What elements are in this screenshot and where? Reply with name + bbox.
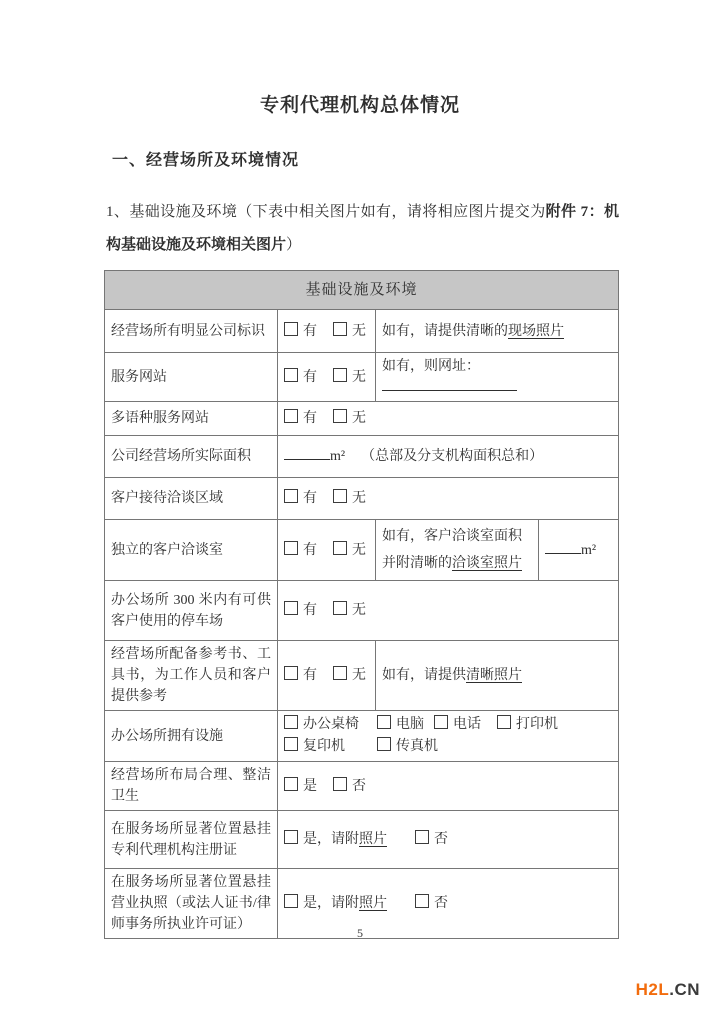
checkbox-label: 电脑 <box>396 717 424 732</box>
options-cell: 是，请附照片否 <box>278 811 619 869</box>
facility-option: 办公桌椅 <box>284 714 377 736</box>
area-blank-field[interactable] <box>284 446 330 460</box>
option-yes: 有 <box>284 370 317 385</box>
checkbox-label: 无 <box>352 603 366 618</box>
options-cell: 有无 <box>278 310 376 353</box>
row-website: 服务网站 有无 如有，则网址： <box>105 353 619 402</box>
photo-ref: 照片 <box>359 896 387 911</box>
checkbox-label: 无 <box>352 491 366 506</box>
options-cell: 有无 <box>278 520 376 581</box>
checkbox-label: 否 <box>352 779 366 794</box>
option-no: 否 <box>415 832 448 847</box>
checkbox-label: 有 <box>303 668 317 683</box>
note-cell: 如有，请提供清晰照片 <box>376 641 619 711</box>
checkbox[interactable] <box>284 368 298 382</box>
checkbox[interactable] <box>284 894 298 908</box>
row-multilingual-website: 多语种服务网站 有无 <box>105 402 619 436</box>
photo-ref: 清晰照片 <box>466 668 522 683</box>
note-cell: 如有，客户洽谈室面积 并附清晰的洽谈室照片 <box>376 520 539 581</box>
facility-option: 打印机 <box>497 714 558 736</box>
photo-ref: 洽谈室照片 <box>452 556 522 571</box>
page-title: 专利代理机构总体情况 <box>0 90 720 117</box>
watermark-secondary: .CN <box>669 980 700 999</box>
options-cell: 有无 <box>278 402 619 436</box>
checkbox[interactable] <box>333 409 347 423</box>
row-label: 经营场所配备参考书、工具书，为工作人员和客户提供参考 <box>105 641 278 711</box>
checkbox-label: 是，请附 <box>303 832 359 847</box>
photo-ref: 照片 <box>359 832 387 847</box>
option-yes: 是 <box>284 779 317 794</box>
table-header-row: 基础设施及环境 <box>105 271 619 310</box>
checkbox-label: 否 <box>434 896 448 911</box>
table-header: 基础设施及环境 <box>105 271 619 310</box>
checkbox-label: 是，请附 <box>303 896 359 911</box>
checkbox[interactable] <box>415 894 429 908</box>
facilities-cell: 办公桌椅电脑电话打印机 复印机传真机 <box>278 711 619 762</box>
option-yes: 有 <box>284 324 317 339</box>
checkbox-label: 有 <box>303 324 317 339</box>
facility-option: 复印机 <box>284 736 377 758</box>
option-no: 无 <box>333 324 366 339</box>
option-yes: 有 <box>284 543 317 558</box>
checkbox[interactable] <box>284 409 298 423</box>
checkbox[interactable] <box>284 666 298 680</box>
option-yes-with-photo: 是，请附照片 <box>284 896 387 911</box>
unit-label: m² <box>330 449 345 464</box>
checkbox-label: 无 <box>352 543 366 558</box>
options-cell: 有无 <box>278 641 376 711</box>
document-page: 专利代理机构总体情况 一、经营场所及环境情况 1、基础设施及环境（下表中相关图片… <box>0 0 720 1018</box>
row-label: 客户接待洽谈区域 <box>105 478 278 520</box>
row-meeting-room: 独立的客户洽谈室 有无 如有，客户洽谈室面积 并附清晰的洽谈室照片 m² <box>105 520 619 581</box>
unit-label: m² <box>581 543 596 558</box>
checkbox-label: 有 <box>303 491 317 506</box>
note-text: （总部及分支机构面积总和） <box>361 449 543 464</box>
url-blank-field[interactable] <box>382 377 517 391</box>
facility-option: 传真机 <box>377 736 438 758</box>
option-yes: 有 <box>284 411 317 426</box>
checkbox-label: 复印机 <box>303 739 345 754</box>
checkbox[interactable] <box>415 830 429 844</box>
checkbox-label: 有 <box>303 543 317 558</box>
note-text: 如有，则网址： <box>382 359 480 374</box>
note-line-2: 并附清晰的洽谈室照片 <box>382 550 532 577</box>
room-area-cell: m² <box>539 520 619 581</box>
option-no: 无 <box>333 668 366 683</box>
row-label: 办公场所拥有设施 <box>105 711 278 762</box>
option-no: 无 <box>333 543 366 558</box>
options-cell: 有无 <box>278 478 619 520</box>
checkbox-label: 传真机 <box>396 739 438 754</box>
row-reception-area: 客户接待洽谈区域 有无 <box>105 478 619 520</box>
facility-option: 电脑 <box>377 714 434 736</box>
watermark-logo: H2L.CN <box>636 980 700 1000</box>
checkbox-label: 无 <box>352 411 366 426</box>
checkbox[interactable] <box>333 777 347 791</box>
checkbox-label: 办公桌椅 <box>303 717 359 732</box>
checkbox[interactable] <box>284 541 298 555</box>
row-parking: 办公场所 300 米内有可供客户使用的停车场 有无 <box>105 581 619 641</box>
option-no: 无 <box>333 491 366 506</box>
page-number: 5 <box>0 926 720 941</box>
note-text: 并附清晰的 <box>382 556 452 571</box>
checkbox-label: 否 <box>434 832 448 847</box>
checkbox-label: 有 <box>303 411 317 426</box>
checkbox-label: 打印机 <box>516 717 558 732</box>
row-registration-cert: 在服务场所显著位置悬挂专利代理机构注册证 是，请附照片否 <box>105 811 619 869</box>
row-label: 在服务场所显著位置悬挂专利代理机构注册证 <box>105 811 278 869</box>
checkbox-label: 有 <box>303 370 317 385</box>
option-yes-with-photo: 是，请附照片 <box>284 832 387 847</box>
section-heading: 一、经营场所及环境情况 <box>112 147 299 170</box>
checkbox[interactable] <box>333 541 347 555</box>
row-label: 独立的客户洽谈室 <box>105 520 278 581</box>
checkbox[interactable] <box>333 666 347 680</box>
option-no: 否 <box>333 779 366 794</box>
options-cell: 是否 <box>278 762 619 811</box>
checkbox[interactable] <box>333 601 347 615</box>
facilities-line-2: 复印机传真机 <box>284 736 612 758</box>
checkbox[interactable] <box>284 601 298 615</box>
intro-text: 1、基础设施及环境（下表中相关图片如有，请将相应图片提交为 <box>106 204 546 220</box>
area-cell: m²（总部及分支机构面积总和） <box>278 436 619 478</box>
checkbox[interactable] <box>284 777 298 791</box>
watermark-primary: H2L <box>636 980 670 999</box>
facilities-line-1: 办公桌椅电脑电话打印机 <box>284 714 612 736</box>
row-label: 经营场所有明显公司标识 <box>105 310 278 353</box>
photo-ref: 现场照片 <box>508 324 564 339</box>
intro-close-paren: ） <box>286 237 301 253</box>
note-cell: 如有，则网址： <box>376 353 619 402</box>
checkbox[interactable] <box>377 715 391 729</box>
checkbox-label: 无 <box>352 324 366 339</box>
checkbox[interactable] <box>333 489 347 503</box>
checkbox[interactable] <box>284 830 298 844</box>
option-no: 否 <box>415 896 448 911</box>
room-area-blank-field[interactable] <box>545 540 581 554</box>
options-cell: 有无 <box>278 353 376 402</box>
facility-option: 电话 <box>434 714 497 736</box>
row-label: 服务网站 <box>105 353 278 402</box>
option-no: 无 <box>333 603 366 618</box>
checkbox-label: 是 <box>303 779 317 794</box>
row-label: 经营场所布局合理、整洁卫生 <box>105 762 278 811</box>
row-facilities: 办公场所拥有设施 办公桌椅电脑电话打印机 复印机传真机 <box>105 711 619 762</box>
option-yes: 有 <box>284 603 317 618</box>
note-line-1: 如有，客户洽谈室面积 <box>382 523 532 550</box>
checkbox[interactable] <box>333 322 347 336</box>
note-text: 如有，请提供清晰的 <box>382 324 508 339</box>
checkbox-label: 无 <box>352 370 366 385</box>
infrastructure-table: 基础设施及环境 经营场所有明显公司标识 有无 如有，请提供清晰的现场照片 服务网… <box>104 270 619 939</box>
row-label: 多语种服务网站 <box>105 402 278 436</box>
checkbox[interactable] <box>284 715 298 729</box>
options-cell: 有无 <box>278 581 619 641</box>
checkbox-label: 无 <box>352 668 366 683</box>
row-company-logo: 经营场所有明显公司标识 有无 如有，请提供清晰的现场照片 <box>105 310 619 353</box>
option-no: 无 <box>333 411 366 426</box>
option-no: 无 <box>333 370 366 385</box>
checkbox[interactable] <box>284 322 298 336</box>
row-tidy: 经营场所布局合理、整洁卫生 是否 <box>105 762 619 811</box>
option-yes: 有 <box>284 668 317 683</box>
checkbox[interactable] <box>377 737 391 751</box>
checkbox[interactable] <box>434 715 448 729</box>
option-yes: 有 <box>284 491 317 506</box>
checkbox[interactable] <box>497 715 511 729</box>
row-label: 办公场所 300 米内有可供客户使用的停车场 <box>105 581 278 641</box>
checkbox[interactable] <box>333 368 347 382</box>
note-cell: 如有，请提供清晰的现场照片 <box>376 310 619 353</box>
intro-paragraph: 1、基础设施及环境（下表中相关图片如有，请将相应图片提交为附件 7：机构基础设施… <box>106 196 619 262</box>
checkbox-label: 有 <box>303 603 317 618</box>
checkbox[interactable] <box>284 489 298 503</box>
note-text: 如有，请提供 <box>382 668 466 683</box>
row-label: 公司经营场所实际面积 <box>105 436 278 478</box>
checkbox[interactable] <box>284 737 298 751</box>
checkbox-label: 电话 <box>453 717 481 732</box>
row-area: 公司经营场所实际面积 m²（总部及分支机构面积总和） <box>105 436 619 478</box>
row-reference-books: 经营场所配备参考书、工具书，为工作人员和客户提供参考 有无 如有，请提供清晰照片 <box>105 641 619 711</box>
